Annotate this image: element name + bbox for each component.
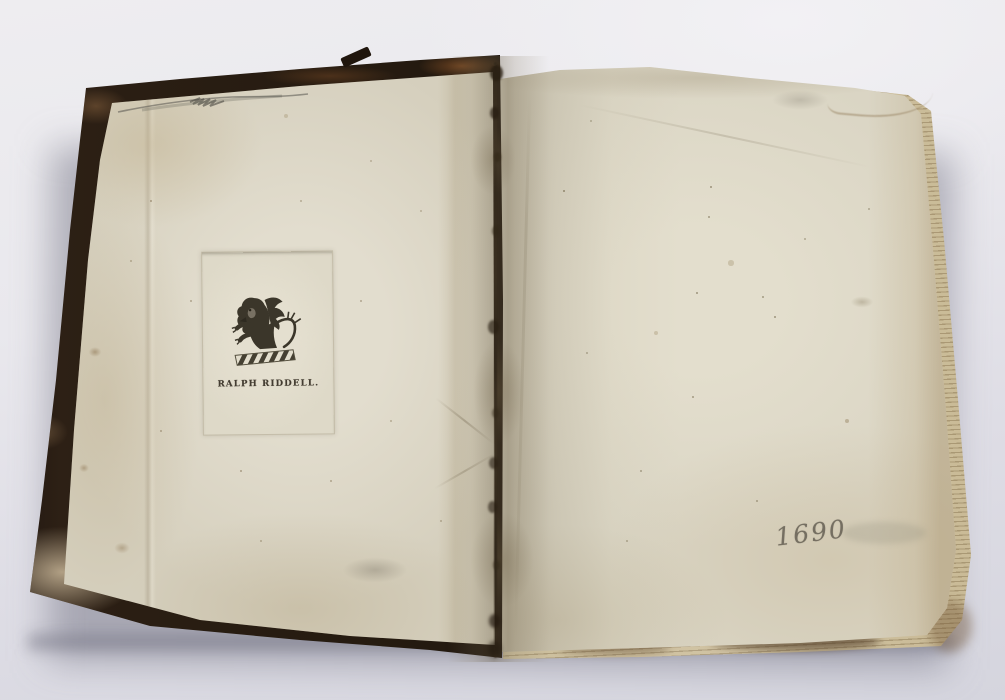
hinge-crack-line bbox=[494, 62, 497, 658]
pencil-scribble-mark bbox=[112, 86, 322, 126]
worm-hole-spots bbox=[491, 56, 498, 66]
foxing-specks-left bbox=[0, 0, 2, 2]
photo-backdrop: 1690 bbox=[0, 0, 1005, 700]
bookplate-owner-name: RALPH RIDDELL. bbox=[206, 379, 331, 390]
spine-gutter bbox=[447, 56, 553, 662]
demi-lion-crest-icon bbox=[218, 285, 317, 374]
armorial-bookplate: RALPH RIDDELL. bbox=[201, 250, 335, 435]
